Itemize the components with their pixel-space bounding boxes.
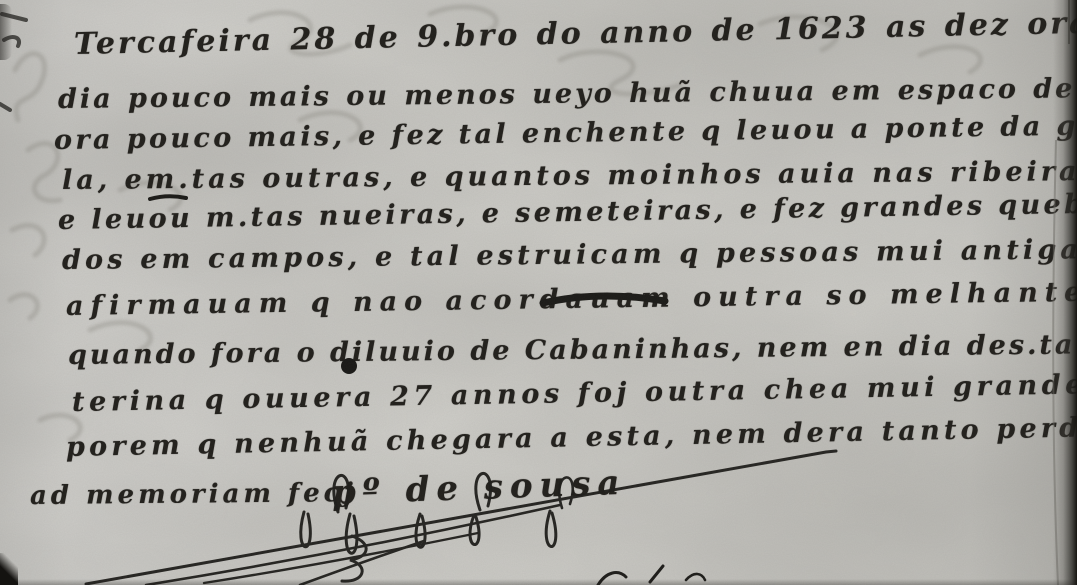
page-corner-shadow-bottom-left (0, 553, 18, 585)
page-edge-shadow-bottom (0, 579, 1077, 585)
page-edge-shadow-right (1053, 0, 1077, 585)
manuscript-page: Tercafeira 28 de 9.bro do anno de 1623 a… (0, 0, 1077, 585)
page-corner-smudge-top-left (0, 4, 12, 60)
paper-grain-layer (0, 0, 1077, 585)
